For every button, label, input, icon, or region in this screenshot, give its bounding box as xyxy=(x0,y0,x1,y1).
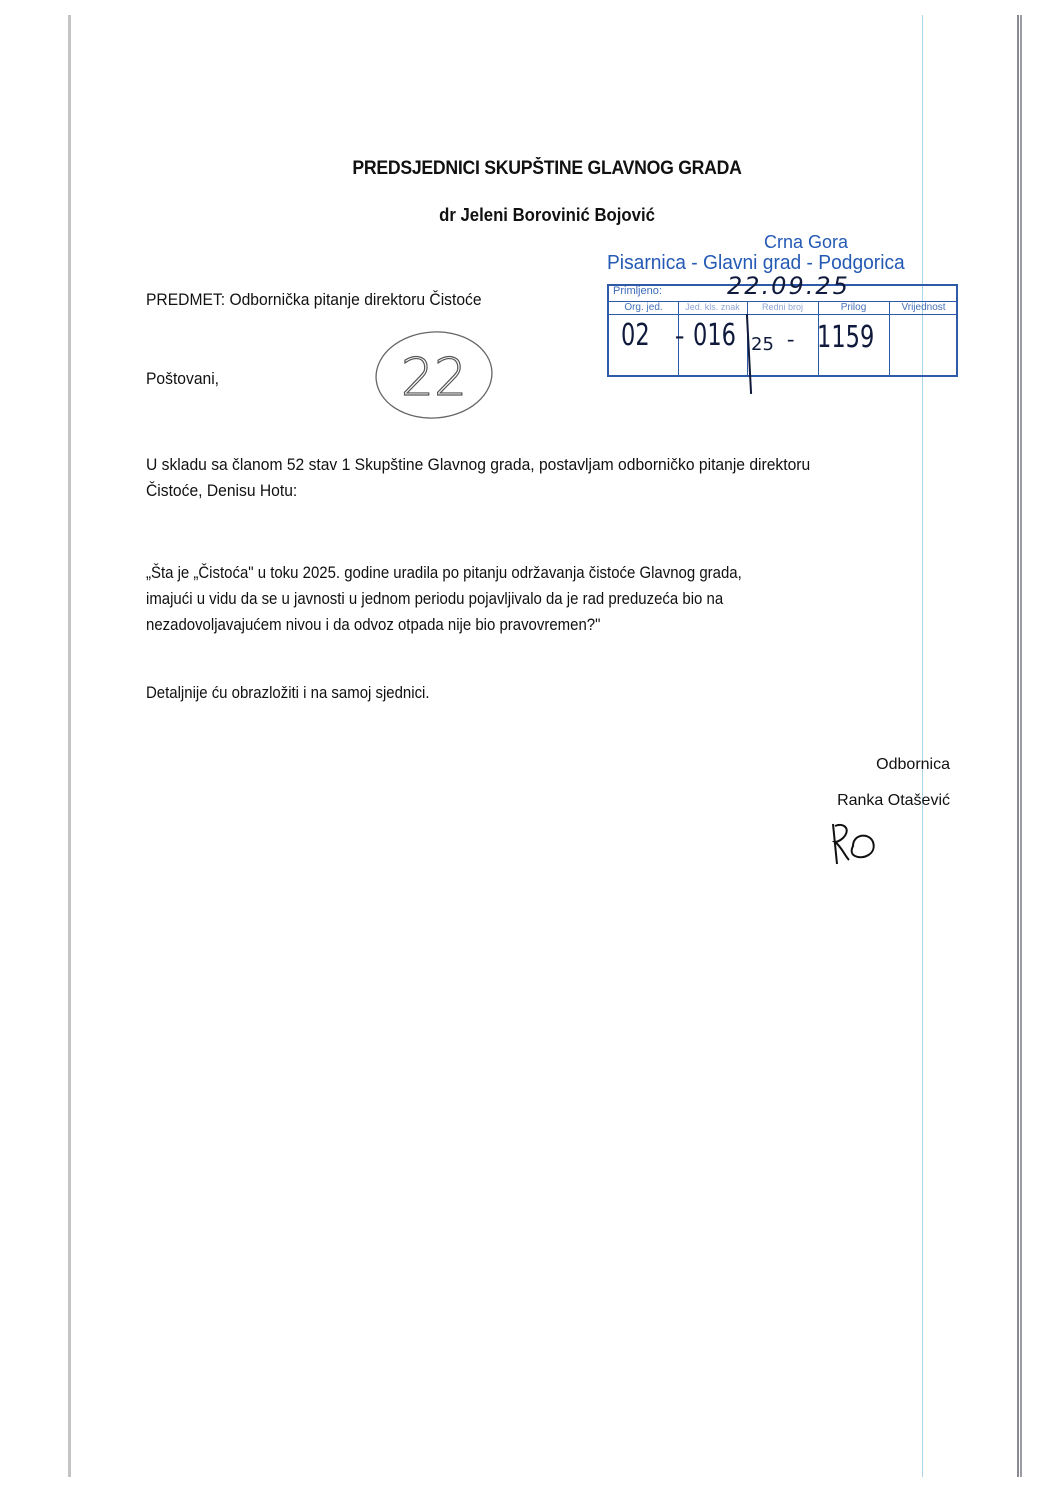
recipient-name: dr Jeleni Borovinić Bojović xyxy=(38,205,1055,226)
question-line-1: „Šta je „Čistoća" u toku 2025. godine ur… xyxy=(146,560,742,586)
subject-line: PREDMET: Odbornička pitanje direktoru Či… xyxy=(146,287,482,313)
stamp-value-redni: 25 xyxy=(751,334,774,355)
page-edge-left xyxy=(68,15,71,1477)
signature-role: Odbornica xyxy=(780,756,950,774)
question-line-3: nezadovoljavajućem nivou i da odvoz otpa… xyxy=(146,612,600,638)
intro-line-1: U skladu sa članom 52 stav 1 Skupštine G… xyxy=(146,452,810,478)
stamp-col-redni-label: Redni broj xyxy=(747,301,818,314)
handwritten-circled-number: 22 xyxy=(372,327,496,422)
stamp-col-org-label: Org. jed. xyxy=(609,301,678,314)
svg-text:22: 22 xyxy=(401,348,467,408)
stamp-col-jed-label: Jed. kls. znak xyxy=(678,301,747,314)
stamp-received-row: Primljeno: 22.09.25 xyxy=(609,286,956,302)
greeting: Poštovani, xyxy=(146,366,219,392)
stamp-dash: - xyxy=(787,326,794,352)
stamp-received-date: 22.09.25 xyxy=(727,272,850,300)
question-line-2: imajući u vidu da se u javnosti u jednom… xyxy=(146,586,723,612)
stamp-dash: - xyxy=(675,320,684,352)
recipient-title: PREDSJEDNICI SKUPŠTINE GLAVNOG GRADA xyxy=(38,158,1055,180)
signature-name: Ranka Otašević xyxy=(780,792,950,810)
subject-label: PREDMET: xyxy=(146,290,225,309)
page-edge-right-inner xyxy=(1020,15,1022,1477)
stamp-value-org: 02 xyxy=(621,318,650,353)
page-edge-right xyxy=(1017,15,1019,1477)
subject-text: Odbornička pitanje direktoru Čistoće xyxy=(229,290,481,309)
stamp-col-prilog-label: Prilog xyxy=(818,301,889,314)
stamp-received-label: Primljeno: xyxy=(613,285,662,297)
stamp-value-prilog: 1159 xyxy=(817,320,874,355)
handwritten-signature xyxy=(825,812,885,872)
intro-line-2: Čistoće, Denisu Hotu: xyxy=(146,478,297,504)
stamp-value-jed: 016 xyxy=(693,318,736,353)
registry-stamp: Crna Gora Pisarnica - Glavni grad - Podg… xyxy=(600,232,970,392)
stamp-country: Crna Gora xyxy=(600,232,970,253)
stamp-col-vrijednost-label: Vrijednost xyxy=(889,301,958,314)
stamp-table: Primljeno: 22.09.25 Org. jed. Jed. kls. … xyxy=(607,284,958,377)
closing-line: Detaljnije ću obrazložiti i na samoj sje… xyxy=(146,680,430,706)
